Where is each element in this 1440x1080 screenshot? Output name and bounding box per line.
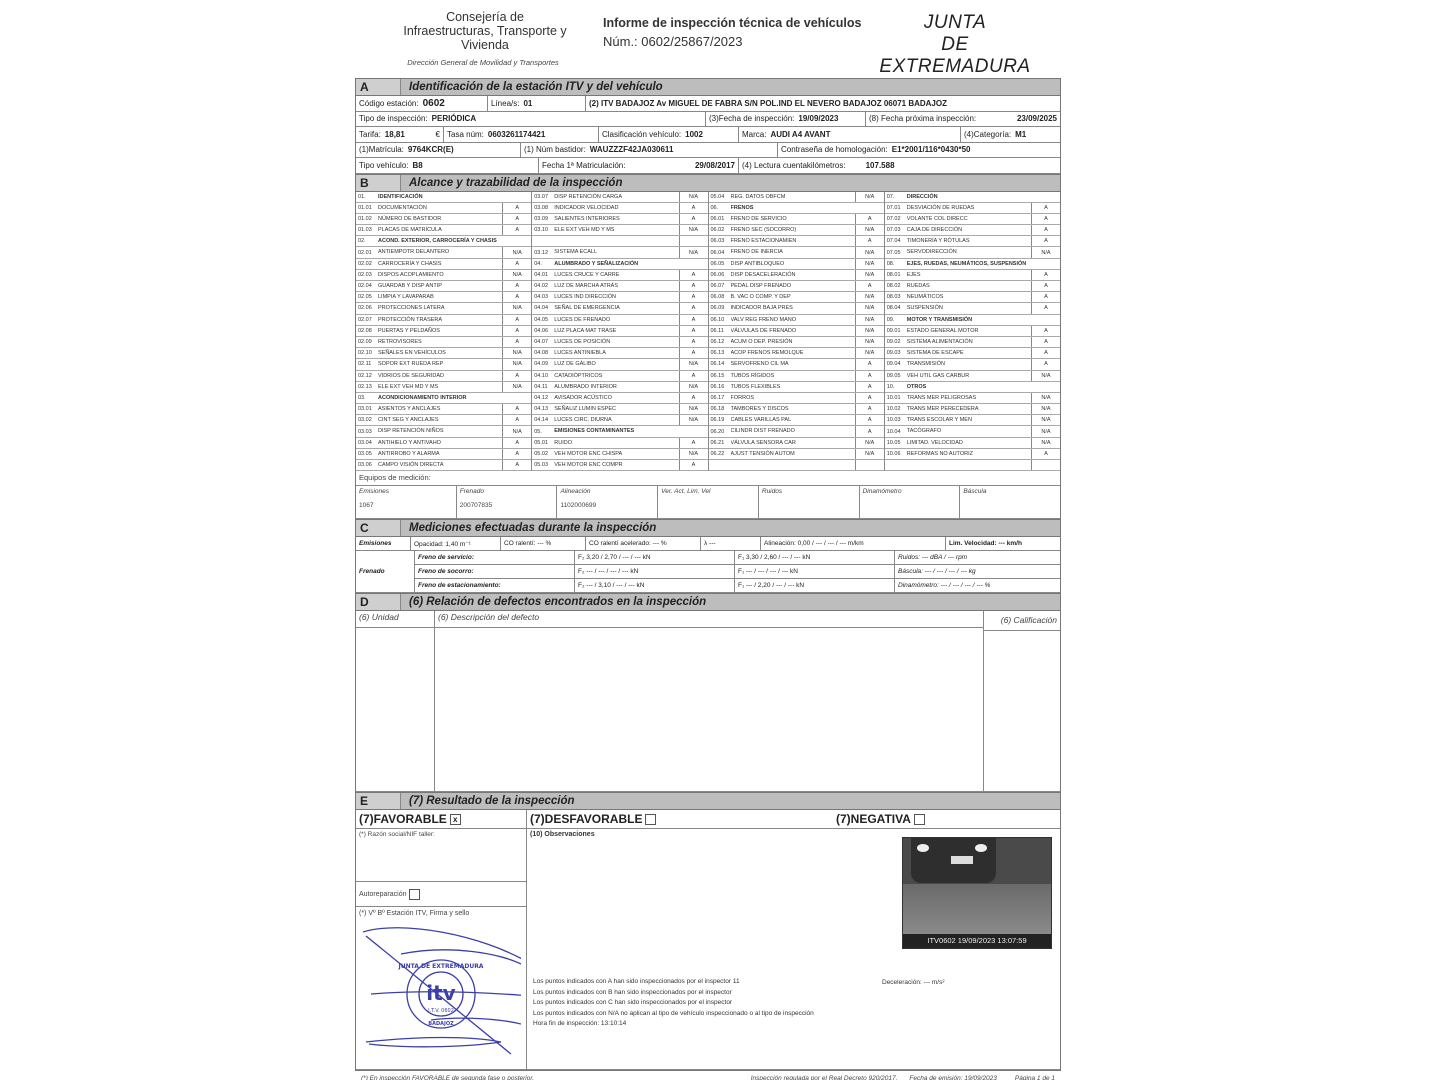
item-name: VÁLVULA SENSORA CAR <box>731 438 856 448</box>
item-name: LUZ DE GÁLIBO <box>554 359 679 369</box>
item-name: LUCES DE FRENADO <box>554 315 679 325</box>
item-name: CAMPO VISIÓN DIRECTA <box>378 460 503 470</box>
freno-f2: F₂ 3,20 / 2,70 / --- / --- kN <box>575 551 735 564</box>
calificacion-header: (6) Calificación <box>984 614 1060 631</box>
freno-f1: F₁ --- / --- / --- / --- kN <box>735 565 895 578</box>
inspection-item: 03.02CINT SEG Y ANCLAJESA <box>356 415 531 426</box>
item-result: N/A <box>503 429 531 435</box>
item-code: 06.11 <box>709 328 731 334</box>
inspection-item <box>885 460 1060 471</box>
equipo-label: Ruidos <box>762 488 856 495</box>
item-code: 04.09 <box>532 361 554 367</box>
item-name: FRENOS <box>731 203 884 213</box>
item-name: ESTADO GENERAL MOTOR <box>907 326 1032 336</box>
opacidad-value: Opacidad: 1,40 m⁻¹ <box>411 537 501 550</box>
item-code: 02.12 <box>356 373 378 379</box>
inspection-column: 07.DIRECCIÓN07.01DESVIACIÓN DE RUEDASA07… <box>885 192 1060 472</box>
item-code: 09.05 <box>885 373 907 379</box>
item-name: RETROVISORES <box>378 337 503 347</box>
frenado-rows: Freno de servicio:F₂ 3,20 / 2,70 / --- /… <box>415 551 1060 592</box>
item-result: N/A <box>856 339 884 345</box>
item-result: A <box>1032 328 1060 334</box>
inspection-item: 10.01TRANS MER PELIGROSASN/A <box>885 393 1060 404</box>
homologacion-field: Contraseña de homologación:E1*2001/116*0… <box>778 143 1060 158</box>
inspection-item: 06.21VÁLVULA SENSORA CARN/A <box>709 438 884 449</box>
item-code: 06.19 <box>709 417 731 423</box>
item-name: MOTOR Y TRANSMISIÓN <box>907 315 1060 325</box>
item-result: N/A <box>856 317 884 323</box>
section-title: Mediciones efectuadas durante la inspecc… <box>401 522 656 534</box>
inspection-item: 05.03VEH MOTOR ENC COMPRA <box>532 460 707 471</box>
inspection-item: 02.11SOPOR EXT RUEDA REPN/A <box>356 359 531 370</box>
equipo-label: Ver. Act. Lim. Vel <box>661 488 755 495</box>
item-code: 07. <box>885 194 907 200</box>
item-result: A <box>503 451 531 457</box>
inspection-item: 10.03TRANS ESCOLAR Y MENN/A <box>885 415 1060 426</box>
inspection-item: 04.13SEÑALIZ LUMIN ESPECN/A <box>532 404 707 415</box>
item-code: 04.10 <box>532 373 554 379</box>
inspection-group: 09.MOTOR Y TRANSMISIÓN <box>885 315 1060 326</box>
alineacion-value: Alineación: 0,00 / --- / --- / --- m/km <box>761 537 946 550</box>
observaciones-block: (10) Observaciones ITV0602 19/09/2023 13… <box>527 829 1060 1069</box>
item-code: 08.01 <box>885 272 907 278</box>
item-name: ACUM O DEP. PRESIÓN <box>731 337 856 347</box>
equipo-cell: Frenado200707835 <box>457 486 558 518</box>
inspection-item: 06.13ACOP FRENOS REMOLQUEN/A <box>709 348 884 359</box>
item-name: DOCUMENTACIÓN <box>378 203 503 213</box>
inspection-notes: Los puntos indicados con A han sido insp… <box>533 977 814 1030</box>
item-name: ACONDICIONAMIENTO INTERIOR <box>378 393 531 403</box>
equipo-label: Frenado <box>460 488 554 495</box>
razon-social-field: (*) Razón social/NIF taller: <box>356 829 526 882</box>
item-code: 06.09 <box>709 305 731 311</box>
item-name: SEÑALIZ LUMIN ESPEC <box>554 404 679 414</box>
item-code: 06.21 <box>709 440 731 446</box>
autoreparacion-field: Autoreparación <box>356 882 526 907</box>
direccion-general: Dirección General de Movilidad y Transpo… <box>383 58 583 67</box>
inspection-item: 06.17FORROSA <box>709 393 884 404</box>
tipo-vehiculo-field: Tipo vehículo:B8 <box>356 158 539 173</box>
inspection-item: 03.07DISP RETENCIÓN CARGAN/A <box>532 192 707 203</box>
section-letter: E <box>356 793 401 809</box>
item-name: LIMITAD. VELOCIDAD <box>907 438 1032 448</box>
inspection-item: 10.05LIMITAD. VELOCIDADN/A <box>885 438 1060 449</box>
svg-text:itv: itv <box>426 981 455 1005</box>
item-name: REG. DATOS OBFCM <box>731 192 856 202</box>
inspection-item: 03.08INDICADOR VELOCIDADA <box>532 203 707 214</box>
item-result: N/A <box>1032 373 1060 379</box>
inspection-item: 01.03PLACAS DE MATRÍCULAA <box>356 225 531 236</box>
item-result: N/A <box>856 328 884 334</box>
section-letter: C <box>356 520 401 536</box>
inspection-item: 06.10VALV REG FRENO MANON/A <box>709 315 884 326</box>
equipo-label: Báscula <box>963 488 1057 495</box>
equipo-value: 1102000699 <box>560 502 654 509</box>
tipo-vehiculo-row: Tipo vehículo:B8 Fecha 1ª Matriculación:… <box>356 158 1060 174</box>
unidad-column: (6) Unidad <box>356 611 435 791</box>
item-name: VEH MOTOR ENC CHISPA <box>554 449 679 459</box>
inspection-item: 03.09SALIENTES INTERIORESA <box>532 214 707 225</box>
section-title: (6) Relación de defectos encontrados en … <box>401 596 706 608</box>
item-code: 06.20 <box>709 429 731 435</box>
favorable-checkbox[interactable]: x <box>450 814 461 825</box>
item-name <box>907 460 1032 470</box>
section-e-header: E (7) Resultado de la inspección <box>356 793 1060 810</box>
inspection-item: 07.02VOLANTE COL DIRECCA <box>885 214 1060 225</box>
item-result: A <box>1032 451 1060 457</box>
item-name: INDICADOR VELOCIDAD <box>554 203 679 213</box>
item-result: N/A <box>856 440 884 446</box>
item-name: ANTIHIELO Y ANTIVAHO <box>378 438 503 448</box>
inspection-item: 02.10SEÑALES EN VEHÍCULOSN/A <box>356 348 531 359</box>
inspection-item: 02.07PROTECCIÓN TRASERAA <box>356 315 531 326</box>
junta-line: JUNTA <box>870 12 1040 34</box>
inspection-item: 06.02FRENO SEC (SOCORRO)N/A <box>709 225 884 236</box>
item-result: N/A <box>680 406 708 412</box>
inspection-item: 10.06REFORMAS NO AUTORIZA <box>885 449 1060 460</box>
item-name: TRANS MER PELIGROSAS <box>907 393 1032 403</box>
item-code: 06.10 <box>709 317 731 323</box>
tipo-row: Tipo de inspección:PERIÓDICA (3)Fecha de… <box>356 112 1060 128</box>
item-result: A <box>1032 216 1060 222</box>
item-code: 05.03 <box>532 462 554 468</box>
primera-matriculacion-field: Fecha 1ª Matriculación:29/08/2017 <box>539 158 739 173</box>
item-name: EMISIONES CONTAMINANTES <box>554 426 707 436</box>
freno-extra: Dinamómetro: --- / --- / --- / --- % <box>895 579 1060 592</box>
item-result: N/A <box>856 227 884 233</box>
section-title: (7) Resultado de la inspección <box>401 795 575 807</box>
inspection-item: 01.02NÚMERO DE BASTIDORA <box>356 214 531 225</box>
footer-emission-date: Fecha de emisión: 19/09/2023 <box>909 1075 996 1080</box>
item-code: 07.04 <box>885 238 907 244</box>
item-code: 02.07 <box>356 317 378 323</box>
equipo-value: 200707835 <box>460 502 554 509</box>
section-title: Alcance y trazabilidad de la inspección <box>401 177 622 189</box>
item-name: CATADIÓPTRICOS <box>554 371 679 381</box>
item-name: ALUMBRADO Y SEÑALIZACIÓN <box>554 259 707 269</box>
item-code: 06.07 <box>709 283 731 289</box>
equipo-cell: Emisiones1067 <box>356 486 457 518</box>
tarifa-row: Tarifa:18,81€ Tasa núm:0603261174421 Cla… <box>356 127 1060 143</box>
inspection-items-grid: 01.IDENTIFICACIÓN01.01DOCUMENTACIÓNA01.0… <box>356 192 1060 472</box>
item-result: N/A <box>680 384 708 390</box>
inspection-item: 05.04REG. DATOS OBFCMN/A <box>709 192 884 203</box>
section-e: E (7) Resultado de la inspección (7)FAVO… <box>355 792 1061 1071</box>
item-name: CARROCERÍA Y CHASIS <box>378 259 503 269</box>
item-result: N/A <box>1032 440 1060 446</box>
item-result: N/A <box>680 417 708 423</box>
item-result: N/A <box>680 194 708 200</box>
result-negativa: (7)NEGATIVA <box>833 810 1060 828</box>
autoreparacion-checkbox[interactable] <box>409 889 420 900</box>
item-code: 02.09 <box>356 339 378 345</box>
item-result: A <box>1032 205 1060 211</box>
inspection-item: 07.03CAJA DE DIRECCIÓNA <box>885 225 1060 236</box>
svg-text:I.T.V. 0602: I.T.V. 0602 <box>428 1008 454 1014</box>
item-result: N/A <box>680 361 708 367</box>
item-result: A <box>856 429 884 435</box>
note-line: Hora fin de inspección: 13:10:14 <box>533 1019 814 1030</box>
item-result: A <box>1032 361 1060 367</box>
item-result: N/A <box>503 250 531 256</box>
item-code: 06.17 <box>709 395 731 401</box>
item-code: 05.04 <box>709 194 731 200</box>
inspection-item: 10.04TACÓGRAFON/A <box>885 426 1060 437</box>
item-code: 02.10 <box>356 350 378 356</box>
inspection-item: 06.19CABLES VARILLAS PALA <box>709 415 884 426</box>
inspection-item: 03.12SISTEMA ECALLN/A <box>532 247 707 258</box>
equipo-cell: Báscula <box>960 486 1060 518</box>
section-letter: D <box>356 594 401 610</box>
item-code: 06.18 <box>709 406 731 412</box>
inspection-item: 06.04FRENO DE INERCIAN/A <box>709 247 884 258</box>
item-result: A <box>503 406 531 412</box>
inspection-item: 06.22AJUST TENSIÓN AUTOMN/A <box>709 449 884 460</box>
inspection-item: 07.01DESVIACIÓN DE RUEDASA <box>885 203 1060 214</box>
inspection-item <box>709 460 884 471</box>
inspection-item: 04.12AVISADOR ACÚSTICOA <box>532 393 707 404</box>
station-row: Código estación:0602 Línea/s:01 (2) ITV … <box>356 96 1060 112</box>
vehicle-photo: ITV0602 19/09/2023 13:07:59 <box>902 837 1052 949</box>
item-code: 06.12 <box>709 339 731 345</box>
item-code: 06.08 <box>709 294 731 300</box>
item-result: A <box>1032 350 1060 356</box>
inspection-item: 02.12VIDRIOS DE SEGURIDADA <box>356 371 531 382</box>
item-name: REFORMAS NO AUTORIZ <box>907 449 1032 459</box>
item-code: 10.04 <box>885 429 907 435</box>
item-name: TIMONERÍA Y RÓTULAS <box>907 236 1032 246</box>
equipo-label: Dinamómetro <box>863 488 957 495</box>
inspection-item: 08.03NEUMÁTICOSA <box>885 292 1060 303</box>
inspection-item: 09.01ESTADO GENERAL MOTORA <box>885 326 1060 337</box>
item-result: A <box>680 328 708 334</box>
item-result: N/A <box>856 350 884 356</box>
inspection-item: 06.07PEDAL DISP FRENADOA <box>709 281 884 292</box>
item-code: 03.08 <box>532 205 554 211</box>
tipo-field: Tipo de inspección:PERIÓDICA <box>356 112 706 127</box>
item-result: A <box>1032 339 1060 345</box>
item-code: 02.02 <box>356 261 378 267</box>
item-code: 06.15 <box>709 373 731 379</box>
inspection-item: 02.08PUERTAS Y PELDAÑOSA <box>356 326 531 337</box>
item-code: 07.05 <box>885 250 907 256</box>
inspection-item: 06.20CILINDR DIST FRENADOA <box>709 426 884 437</box>
item-name: SERVODIRECCIÓN <box>907 247 1032 257</box>
tarifa-field: Tarifa:18,81€ <box>356 127 444 142</box>
item-name <box>731 460 856 470</box>
item-code: 10.01 <box>885 395 907 401</box>
item-code: 04.04 <box>532 305 554 311</box>
report-footer: (*) En inspección FAVORABLE de segunda f… <box>355 1075 1061 1080</box>
inspection-item: 06.15TUBOS RÍGIDOSA <box>709 371 884 382</box>
item-result: N/A <box>680 451 708 457</box>
inspection-group: 02.ACOND. EXTERIOR, CARROCERÍA Y CHASIS <box>356 236 531 247</box>
item-name: EJES, RUEDAS, NEUMÁTICOS, SUSPENSIÓN <box>907 259 1060 269</box>
bastidor-field: (1) Núm bastidor:WAUZZZF42JA030611 <box>521 143 778 158</box>
inspection-item: 02.04GUARDAB Y DISP ANTIPA <box>356 281 531 292</box>
item-name: INDICADOR BAJA PRES <box>731 303 856 313</box>
item-name <box>554 236 679 246</box>
item-code: 06.14 <box>709 361 731 367</box>
linea-field: Línea/s:01 <box>488 96 586 111</box>
item-name: VOLANTE COL DIRECC <box>907 214 1032 224</box>
item-result: N/A <box>1032 417 1060 423</box>
item-name: B. VAC O COMP. Y DEP <box>731 292 856 302</box>
inspection-item: 04.09LUZ DE GÁLIBON/A <box>532 359 707 370</box>
item-name: VALV REG FRENO MANO <box>731 315 856 325</box>
freno-f2: F₂ --- / 3,10 / --- / --- kN <box>575 579 735 592</box>
inspection-item: 02.06PROTECCIONES LATERAN/A <box>356 303 531 314</box>
consejeria-line: Consejería de <box>395 10 575 24</box>
item-result: N/A <box>856 272 884 278</box>
note-line: Los puntos indicados con C han sido insp… <box>533 998 814 1009</box>
freno-label: Freno de servicio: <box>415 551 575 564</box>
item-name: DISP DESACELERACIÓN <box>731 270 856 280</box>
item-code: 09.01 <box>885 328 907 334</box>
item-code: 04.13 <box>532 406 554 412</box>
inspection-item: 03.05ANTIRROBO Y ALARMAA <box>356 449 531 460</box>
inspection-item: 02.01ANTIEMPOTR DELANTERON/A <box>356 247 531 258</box>
item-name: DISP RETENCIÓN CARGA <box>554 192 679 202</box>
item-code: 02.08 <box>356 328 378 334</box>
item-name: ANTIRROBO Y ALARMA <box>378 449 503 459</box>
inspection-item: 09.05VEH UTIL GAS CARBURN/A <box>885 371 1060 382</box>
item-name: AJUST TENSIÓN AUTOM <box>731 449 856 459</box>
freno-f2: F₂ --- / --- / --- / --- kN <box>575 565 735 578</box>
emisiones-row: Emisiones Opacidad: 1,40 m⁻¹ CO ralentí:… <box>356 537 1060 551</box>
lambda-value: λ --- <box>701 537 761 550</box>
item-name: AVISADOR ACÚSTICO <box>554 393 679 403</box>
frenado-row: Freno de socorro:F₂ --- / --- / --- / --… <box>415 565 1060 579</box>
item-result: N/A <box>1032 429 1060 435</box>
item-name: ASIENTOS Y ANCLAJES <box>378 404 503 414</box>
item-result: A <box>680 216 708 222</box>
item-name: LUZ PLACA MAT TRASE <box>554 326 679 336</box>
equipo-cell: Dinamómetro <box>860 486 961 518</box>
item-name: DISP RETENCIÓN NIÑOS <box>378 426 503 436</box>
item-name: FRENO DE INERCIA <box>731 247 856 257</box>
item-name: LUCES IND DIRECCIÓN <box>554 292 679 302</box>
item-result: A <box>680 283 708 289</box>
item-name: SISTEMA ECALL <box>554 247 679 257</box>
item-code: 06.02 <box>709 227 731 233</box>
item-name: CABLES VARILLAS PAL <box>731 415 856 425</box>
inspection-item: 04.11ALUMBRADO INTERIORN/A <box>532 382 707 393</box>
item-code: 04.08 <box>532 350 554 356</box>
item-name: TUBOS FLEXIBLES <box>731 382 856 392</box>
item-result: A <box>856 406 884 412</box>
item-name: NEUMÁTICOS <box>907 292 1032 302</box>
limite-velocidad-value: Lim. Velocidad: --- km/h <box>946 537 1060 550</box>
item-code: 06.13 <box>709 350 731 356</box>
item-result: N/A <box>856 451 884 457</box>
item-name: IDENTIFICACIÓN <box>378 192 531 202</box>
item-name: TAMBORES Y DISCOS <box>731 404 856 414</box>
item-code: 02.01 <box>356 250 378 256</box>
item-name: SEÑAL DE EMERGENCIA <box>554 303 679 313</box>
section-title: Identificación de la estación ITV y del … <box>401 81 663 93</box>
report-header: Consejería de Infraestructuras, Transpor… <box>355 8 1061 78</box>
item-name: SOPOR EXT RUEDA REP <box>378 359 503 369</box>
item-code: 03.02 <box>356 417 378 423</box>
item-result: A <box>680 317 708 323</box>
item-code: 04.02 <box>532 283 554 289</box>
consejeria-name: Consejería de Infraestructuras, Transpor… <box>395 10 575 52</box>
note-line: Los puntos indicados con N/A no aplican … <box>533 1009 814 1020</box>
inspection-column: 01.IDENTIFICACIÓN01.01DOCUMENTACIÓNA01.0… <box>356 192 532 472</box>
marca-field: Marca:AUDI A4 AVANT <box>739 127 961 142</box>
item-code: 07.01 <box>885 205 907 211</box>
item-code: 06.22 <box>709 451 731 457</box>
firma-label: (*) Vº Bº Estación ITV, Firma y sello <box>356 907 526 920</box>
item-name: CINT SEG Y ANCLAJES <box>378 415 503 425</box>
item-result: A <box>680 205 708 211</box>
item-result: A <box>856 361 884 367</box>
item-result: N/A <box>503 272 531 278</box>
item-code: 01. <box>356 194 378 200</box>
inspection-item: 02.03DISPOS ACOPLAMIENTON/A <box>356 270 531 281</box>
item-result: A <box>1032 305 1060 311</box>
equipo-cell: Ver. Act. Lim. Vel <box>658 486 759 518</box>
item-name: CILINDR DIST FRENADO <box>731 426 856 436</box>
inspection-group: 04.ALUMBRADO Y SEÑALIZACIÓN <box>532 259 707 270</box>
deceleracion-value: Deceleración: --- m/s² <box>882 979 944 986</box>
inspection-item: 03.01ASIENTOS Y ANCLAJESA <box>356 404 531 415</box>
item-result: A <box>503 339 531 345</box>
item-name: NÚMERO DE BASTIDOR <box>378 214 503 224</box>
item-name: PROTECCIONES LATERA <box>378 303 503 313</box>
section-d: D (6) Relación de defectos encontrados e… <box>355 593 1061 792</box>
inspection-item: 06.03FRENO ESTACIONAMIENA <box>709 236 884 247</box>
frenado-block: Frenado Freno de servicio:F₂ 3,20 / 2,70… <box>356 551 1060 593</box>
inspection-item: 06.05DISP ANTIBLOQUEON/A <box>709 259 884 270</box>
result-options: (7)FAVORABLEx (7)DESFAVORABLE (7)NEGATIV… <box>356 810 1060 829</box>
freno-extra: Ruidos: --- dBA / --- rpm <box>895 551 1060 564</box>
item-name: VÁLVULAS DE FRENADO <box>731 326 856 336</box>
item-code: 02.05 <box>356 294 378 300</box>
footer-page-number: Página 1 de 1 <box>1015 1075 1055 1080</box>
item-name: CAJA DE DIRECCIÓN <box>907 225 1032 235</box>
item-result: A <box>503 440 531 446</box>
freno-extra: Báscula: --- / --- / --- / --- kg <box>895 565 1060 578</box>
item-name: SISTEMA DE ESCAPE <box>907 348 1032 358</box>
desfavorable-checkbox[interactable] <box>645 814 656 825</box>
report-title: Informe de inspección técnica de vehícul… <box>603 16 861 30</box>
item-result: A <box>503 294 531 300</box>
item-name: SEÑALES EN VEHÍCULOS <box>378 348 503 358</box>
item-name: LUCES CRUCE Y CARRE <box>554 270 679 280</box>
item-result: N/A <box>856 305 884 311</box>
negativa-checkbox[interactable] <box>914 814 925 825</box>
item-result: N/A <box>503 350 531 356</box>
inspection-item: 06.01FRENO DE SERVICIOA <box>709 214 884 225</box>
item-result: A <box>680 272 708 278</box>
item-result: A <box>856 384 884 390</box>
item-code: 09.02 <box>885 339 907 345</box>
item-result: A <box>680 395 708 401</box>
item-code: 10.05 <box>885 440 907 446</box>
item-name: ACOND. EXTERIOR, CARROCERÍA Y CHASIS <box>378 236 531 246</box>
item-name: TUBOS RÍGIDOS <box>731 371 856 381</box>
inspection-item: 10.02TRANS MER PERECEDERAN/A <box>885 404 1060 415</box>
footer-regulation: Inspección regulada por el Real Decreto … <box>751 1075 898 1080</box>
item-result: N/A <box>1032 395 1060 401</box>
section-c-header: C Mediciones efectuadas durante la inspe… <box>356 520 1060 537</box>
freno-label: Freno de estacionamiento: <box>415 579 575 592</box>
item-result: A <box>1032 227 1060 233</box>
item-code: 10. <box>885 384 907 390</box>
inspection-item: 03.04ANTIHIELO Y ANTIVAHOA <box>356 438 531 449</box>
